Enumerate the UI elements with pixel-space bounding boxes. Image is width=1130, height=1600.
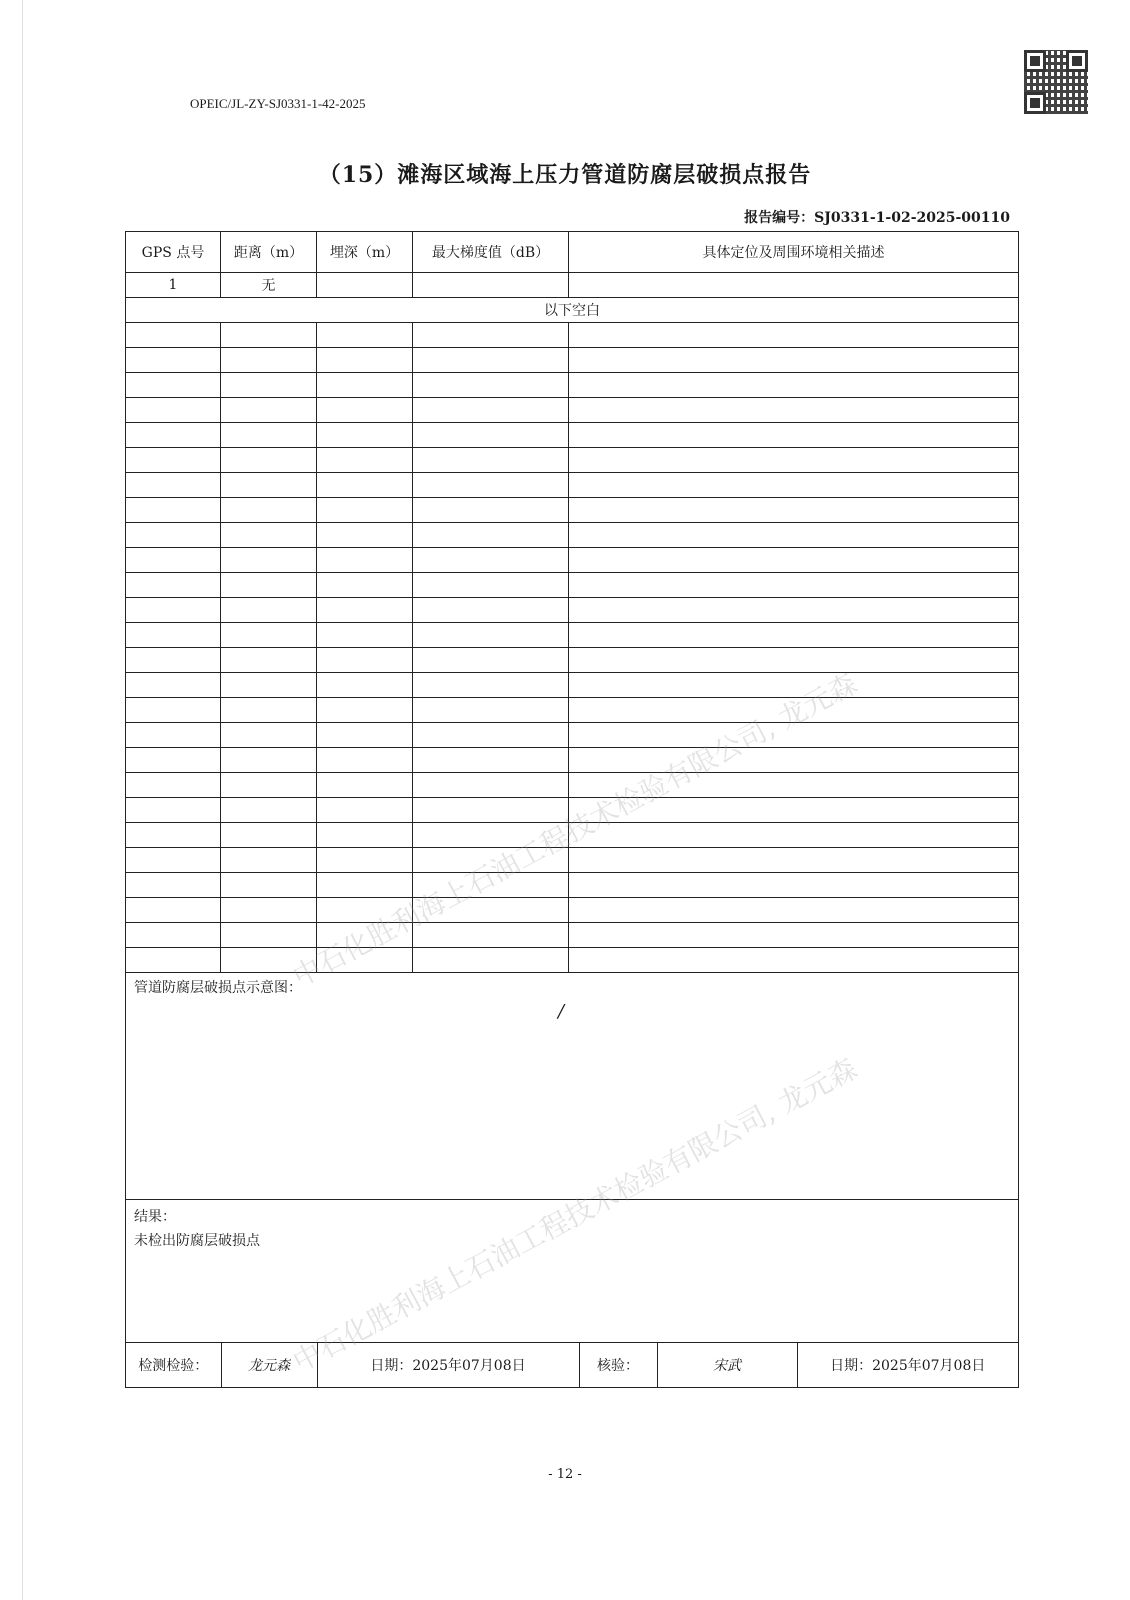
empty-table-row [126, 673, 1019, 698]
document-code: OPEIC/JL-ZY-SJ0331-1-42-2025 [190, 96, 366, 112]
empty-cell [126, 673, 221, 698]
empty-cell [413, 648, 569, 673]
empty-cell [317, 523, 413, 548]
empty-cell [413, 423, 569, 448]
empty-cell [317, 823, 413, 848]
empty-cell [413, 573, 569, 598]
table-header-row: GPS 点号 距离（m） 埋深（m） 最大梯度值（dB） 具体定位及周围环境相关… [126, 232, 1019, 273]
empty-cell [413, 523, 569, 548]
empty-cell [126, 698, 221, 723]
empty-cell [221, 873, 317, 898]
column-header: 最大梯度值（dB） [413, 232, 569, 273]
empty-cell [221, 473, 317, 498]
empty-table-row [126, 823, 1019, 848]
depth-cell [317, 273, 413, 298]
empty-table-row [126, 323, 1019, 348]
empty-cell [221, 373, 317, 398]
report-title: （15）滩海区域海上压力管道防腐层破损点报告 [0, 158, 1130, 189]
empty-cell [413, 698, 569, 723]
empty-cell [126, 423, 221, 448]
column-header: 具体定位及周围环境相关描述 [569, 232, 1019, 273]
description-cell [569, 273, 1019, 298]
empty-cell [221, 623, 317, 648]
empty-cell [413, 748, 569, 773]
empty-cell [126, 598, 221, 623]
empty-cell [221, 673, 317, 698]
empty-cell [317, 923, 413, 948]
empty-table-row [126, 873, 1019, 898]
empty-table-row [126, 473, 1019, 498]
empty-cell [569, 498, 1019, 523]
empty-cell [413, 723, 569, 748]
empty-cell [221, 523, 317, 548]
empty-cell [126, 573, 221, 598]
empty-cell [126, 923, 221, 948]
empty-cell [569, 648, 1019, 673]
empty-table-row [126, 798, 1019, 823]
empty-cell [317, 673, 413, 698]
empty-cell [221, 323, 317, 348]
empty-cell [221, 398, 317, 423]
empty-cell [413, 548, 569, 573]
empty-cell [317, 398, 413, 423]
empty-cell [317, 423, 413, 448]
empty-cell [413, 498, 569, 523]
empty-table-row [126, 373, 1019, 398]
empty-cell [221, 548, 317, 573]
sketch-content: / [558, 1001, 564, 1022]
empty-cell [413, 398, 569, 423]
inspector-date: 日期：2025年07月08日 [317, 1343, 579, 1387]
empty-cell [569, 573, 1019, 598]
empty-cell [221, 723, 317, 748]
empty-cell [126, 473, 221, 498]
reviewer-signature: 宋武 [657, 1343, 797, 1387]
sketch-label: 管道防腐层破损点示意图： [134, 973, 1018, 997]
signoff-table: 检测检验： 龙元森 日期：2025年07月08日 核验： 宋武 日期：2025年… [126, 1343, 1018, 1387]
empty-cell [126, 773, 221, 798]
empty-cell [221, 923, 317, 948]
empty-cell [126, 823, 221, 848]
empty-cell [413, 348, 569, 373]
empty-cell [569, 848, 1019, 873]
empty-cell [126, 548, 221, 573]
empty-cell [413, 448, 569, 473]
empty-cell [221, 648, 317, 673]
empty-table-row [126, 398, 1019, 423]
empty-cell [569, 873, 1019, 898]
empty-cell [317, 623, 413, 648]
page-number: - 12 - [0, 1467, 1130, 1482]
empty-cell [569, 473, 1019, 498]
empty-cell [126, 623, 221, 648]
qr-code-icon [1024, 50, 1088, 114]
empty-cell [317, 748, 413, 773]
empty-table-row [126, 773, 1019, 798]
empty-cell [413, 798, 569, 823]
empty-cell [221, 798, 317, 823]
empty-table-row [126, 948, 1019, 973]
empty-cell [317, 573, 413, 598]
empty-cell [317, 373, 413, 398]
empty-cell [221, 848, 317, 873]
table-row: 1 无 [126, 273, 1019, 298]
empty-cell [221, 348, 317, 373]
empty-cell [569, 948, 1019, 973]
empty-table-row [126, 898, 1019, 923]
empty-cell [317, 873, 413, 898]
inspector-label: 检测检验： [126, 1343, 221, 1387]
empty-table-row [126, 548, 1019, 573]
empty-cell [126, 873, 221, 898]
empty-cell [221, 748, 317, 773]
empty-table-row [126, 723, 1019, 748]
empty-cell [317, 473, 413, 498]
empty-cell [413, 598, 569, 623]
empty-cell [126, 648, 221, 673]
empty-cell [126, 398, 221, 423]
empty-cell [221, 498, 317, 523]
empty-cell [569, 623, 1019, 648]
reviewer-label: 核验： [579, 1343, 657, 1387]
empty-cell [317, 598, 413, 623]
report-number: 报告编号：SJ0331-1-02-2025-00110 [744, 207, 1010, 227]
result-section: 结果： 未检出防腐层破损点 [126, 1200, 1019, 1343]
empty-cell [569, 523, 1019, 548]
empty-cell [317, 798, 413, 823]
empty-cell [413, 473, 569, 498]
signoff-row: 检测检验： 龙元森 日期：2025年07月08日 核验： 宋武 日期：2025年… [126, 1343, 1019, 1388]
sketch-section: 管道防腐层破损点示意图： / [126, 973, 1019, 1200]
empty-cell [317, 448, 413, 473]
empty-cell [413, 773, 569, 798]
empty-table-row [126, 623, 1019, 648]
empty-cell [221, 598, 317, 623]
empty-cell [317, 498, 413, 523]
column-header: 埋深（m） [317, 232, 413, 273]
empty-table-row [126, 448, 1019, 473]
empty-cell [569, 548, 1019, 573]
gps-point-cell: 1 [126, 273, 221, 298]
empty-table-row [126, 573, 1019, 598]
page-edge [22, 0, 23, 1600]
gradient-cell [413, 273, 569, 298]
empty-table-row [126, 498, 1019, 523]
column-header: GPS 点号 [126, 232, 221, 273]
empty-cell [126, 498, 221, 523]
empty-cell [126, 898, 221, 923]
empty-cell [413, 873, 569, 898]
empty-cell [317, 698, 413, 723]
empty-table-row [126, 598, 1019, 623]
empty-cell [221, 698, 317, 723]
empty-cell [126, 448, 221, 473]
empty-cell [569, 673, 1019, 698]
empty-cell [569, 448, 1019, 473]
empty-table-row [126, 698, 1019, 723]
reviewer-date: 日期：2025年07月08日 [797, 1343, 1018, 1387]
empty-cell [569, 723, 1019, 748]
column-header: 距离（m） [221, 232, 317, 273]
empty-cell [221, 423, 317, 448]
empty-table-row [126, 523, 1019, 548]
empty-cell [126, 323, 221, 348]
empty-cell [413, 623, 569, 648]
damage-point-table: GPS 点号 距离（m） 埋深（m） 最大梯度值（dB） 具体定位及周围环境相关… [125, 231, 1019, 1388]
empty-cell [413, 323, 569, 348]
empty-cell [126, 798, 221, 823]
empty-cell [413, 923, 569, 948]
empty-cell [413, 373, 569, 398]
empty-cell [569, 698, 1019, 723]
empty-cell [126, 848, 221, 873]
empty-cell [317, 848, 413, 873]
blank-note-row: 以下空白 [126, 298, 1019, 323]
empty-cell [221, 448, 317, 473]
empty-cell [569, 373, 1019, 398]
blank-note: 以下空白 [126, 298, 1019, 323]
empty-cell [317, 648, 413, 673]
empty-cell [317, 348, 413, 373]
result-label: 结果： [134, 1200, 1018, 1226]
empty-cell [413, 848, 569, 873]
empty-cell [569, 323, 1019, 348]
empty-cell [221, 898, 317, 923]
empty-cell [126, 348, 221, 373]
empty-table-row [126, 648, 1019, 673]
distance-cell: 无 [221, 273, 317, 298]
empty-cell [126, 373, 221, 398]
empty-cell [569, 923, 1019, 948]
empty-cell [317, 948, 413, 973]
empty-cell [221, 948, 317, 973]
empty-cell [413, 948, 569, 973]
result-text: 未检出防腐层破损点 [134, 1226, 1018, 1250]
inspector-signature: 龙元森 [221, 1343, 317, 1387]
empty-table-row [126, 923, 1019, 948]
empty-cell [569, 823, 1019, 848]
empty-cell [569, 798, 1019, 823]
empty-cell [317, 898, 413, 923]
empty-table-row [126, 848, 1019, 873]
empty-cell [221, 823, 317, 848]
empty-cell [569, 348, 1019, 373]
empty-cell [317, 548, 413, 573]
empty-cell [569, 423, 1019, 448]
empty-cell [317, 773, 413, 798]
empty-cell [569, 773, 1019, 798]
empty-table-row [126, 748, 1019, 773]
empty-cell [569, 748, 1019, 773]
empty-cell [413, 673, 569, 698]
empty-cell [221, 573, 317, 598]
empty-cell [126, 948, 221, 973]
empty-cell [126, 748, 221, 773]
empty-table-row [126, 423, 1019, 448]
empty-cell [317, 723, 413, 748]
empty-cell [126, 723, 221, 748]
empty-cell [221, 773, 317, 798]
empty-cell [569, 398, 1019, 423]
empty-cell [413, 898, 569, 923]
empty-cell [569, 598, 1019, 623]
empty-cell [569, 898, 1019, 923]
empty-cell [317, 323, 413, 348]
empty-cell [413, 823, 569, 848]
empty-table-row [126, 348, 1019, 373]
empty-cell [126, 523, 221, 548]
